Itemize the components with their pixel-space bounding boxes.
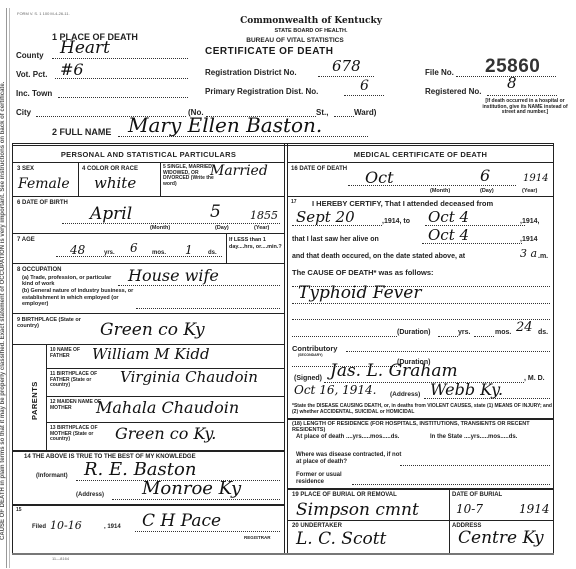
filed-number: 15	[16, 508, 22, 514]
father-name-value: William M Kidd	[92, 345, 210, 363]
duration-ds-caption: ds.	[538, 329, 548, 336]
dod-day-caption: (Day)	[480, 189, 494, 195]
date-of-death-year: 1914	[523, 173, 548, 184]
dob-month: April	[90, 204, 132, 224]
county-label: County	[16, 51, 44, 60]
left-edge-rule-inner	[9, 8, 10, 568]
rule	[46, 396, 284, 397]
marital-value: Married	[210, 163, 268, 179]
attended-to-value: Oct 4	[428, 208, 469, 226]
burial-place-value: Simpson cmnt	[296, 500, 419, 520]
mother-birthplace-value: Green co Ky.	[115, 424, 216, 443]
occupation-a-line	[118, 285, 280, 286]
occupation-b-line	[136, 308, 280, 309]
duration-mos-line	[474, 336, 494, 337]
rule	[288, 162, 553, 163]
primary-registration-value: 6	[360, 78, 369, 94]
rule	[288, 196, 553, 197]
rule	[12, 553, 554, 555]
informant-label: (Informant)	[36, 474, 68, 480]
duration-line	[292, 336, 397, 337]
primary-registration-label: Primary Registration Dist. No.	[205, 87, 318, 96]
board-title: STATE BOARD OF HEALTH.	[226, 28, 396, 34]
certify-number: 17	[291, 200, 297, 206]
rule	[288, 418, 553, 420]
mother-birthplace-label: 13 BIRTHPLACE OF MOTHER (State or countr…	[50, 426, 110, 443]
dob-label: 6 DATE OF BIRTH	[17, 200, 68, 206]
file-no-label: File No.	[425, 68, 454, 77]
rule	[12, 313, 284, 314]
dod-year-caption: (Year)	[522, 189, 537, 195]
occupation-a-label: (a) Trade, profession, or particular kin…	[22, 275, 117, 287]
contributory-line	[346, 351, 550, 352]
vot-pct-label: Vot. Pct.	[16, 70, 47, 79]
less-than-day-label: If LESS than 1 day....hrs, or....min.?	[229, 237, 284, 251]
bottom-code: 11—8164	[52, 556, 69, 561]
secondary-label: (SECONDARY)	[298, 353, 323, 359]
filed-date: 10-16	[50, 519, 82, 532]
sex-label: 3 SEX	[17, 166, 34, 172]
date-of-death-label: 16 DATE OF DEATH	[291, 166, 347, 172]
race-label: 4 COLOR OR RACE	[82, 166, 138, 172]
occupation-label: 8 OCCUPATION	[17, 267, 61, 273]
rule	[46, 422, 284, 423]
registered-no-line	[487, 95, 557, 96]
rule	[288, 520, 553, 521]
burial-date-year: 1914	[519, 502, 550, 516]
residence-label: (18) LENGTH OF RESIDENCE (FOR HOSPITALS,…	[292, 422, 552, 433]
rule	[78, 162, 79, 196]
rule	[12, 196, 284, 197]
certificate-title: CERTIFICATE OF DEATH	[205, 46, 334, 57]
parents-side-label: PARENTS	[30, 381, 39, 420]
father-birthplace-value: Virginia Chaudoin	[120, 368, 258, 386]
dob-day: 5	[210, 202, 221, 222]
full-name-value: Mary Ellen Baston.	[128, 113, 322, 137]
footnote: *State the DISEASE CAUSING DEATH, or, in…	[292, 403, 552, 415]
former-residence-line	[352, 484, 550, 485]
attended-from-year: ,1914, to	[382, 218, 410, 225]
commonwealth-title: Commonwealth of Kentucky	[226, 16, 396, 26]
registrar-line	[135, 531, 280, 532]
rule	[288, 488, 553, 490]
contracted-line	[400, 465, 550, 466]
duration-label: (Duration)	[397, 329, 430, 336]
signed-label: (Signed)	[294, 375, 322, 382]
informant-address-line	[112, 499, 280, 500]
date-of-death-day: 6	[480, 166, 490, 185]
registered-no-label: Registered No.	[425, 87, 481, 96]
registration-district-line	[318, 76, 374, 77]
primary-registration-line	[344, 95, 384, 96]
county-line	[52, 58, 188, 59]
ward-label: Ward)	[354, 108, 376, 117]
physician-signature: Jas. L. Graham	[330, 361, 458, 381]
burial-date-label: DATE OF BURIAL	[452, 492, 502, 498]
birthplace-value: Green co Ky	[100, 320, 205, 340]
at-place-label: At place of death ....yrs.....mos.....ds…	[296, 434, 426, 441]
mother-name-value: Mahala Chaudoin	[96, 398, 239, 417]
duration-days-value: 24	[516, 320, 533, 335]
registered-no-value: 8	[507, 74, 517, 92]
column-divider	[284, 143, 285, 553]
top-double-rule	[12, 143, 554, 146]
years-caption: yrs.	[104, 251, 115, 257]
informant-value: R. E. Baston	[84, 459, 196, 480]
duration-yrs-caption: yrs.	[458, 329, 470, 336]
contracted-label: Where was disease contracted, if not at …	[296, 452, 406, 466]
personal-heading: PERSONAL AND STATISTICAL PARTICULARS	[13, 150, 284, 159]
certify-statement: I HEREBY CERTIFY, That I attended deceas…	[312, 199, 493, 208]
birthplace-label: 9 BIRTHPLACE (State or country)	[17, 318, 87, 329]
physician-address-value: Webb Ky.	[430, 380, 503, 399]
undertaker-value: L. C. Scott	[296, 529, 386, 549]
duration-yrs-line	[438, 336, 458, 337]
year-caption: (Year)	[254, 226, 269, 232]
age-years: 48	[70, 243, 85, 257]
contributory-label: Contributory	[292, 344, 337, 353]
burial-date-value: 10-7	[456, 502, 483, 516]
duration-mos-caption: mos.	[495, 329, 511, 336]
hospital-note: [If death occurred in a hospital or inst…	[475, 99, 575, 116]
dod-month-caption: (Month)	[430, 189, 450, 195]
md-label: , M. D.	[524, 375, 545, 382]
cause-line-3	[292, 319, 550, 320]
attended-from-value: Sept 20	[296, 208, 355, 226]
rule	[449, 489, 450, 553]
ward-line	[334, 116, 354, 117]
last-saw-year: ,1914	[520, 236, 538, 243]
vot-pct-value: #6	[60, 60, 84, 79]
registrar-value: C H Pace	[142, 511, 221, 531]
undertaker-address-value: Centre Ky	[458, 528, 544, 548]
physician-address-label: (Address)	[390, 391, 420, 398]
age-label: 7 AGE	[17, 237, 35, 243]
inc-town-label: Inc. Town	[16, 89, 52, 98]
medical-heading: MEDICAL CERTIFICATE OF DEATH	[288, 150, 553, 159]
rule	[160, 162, 161, 196]
age-months: 6	[130, 241, 138, 255]
rule	[12, 450, 284, 452]
race-value: white	[94, 174, 136, 192]
informant-address-value: Monroe Ky	[142, 478, 241, 499]
occupation-value: House wife	[128, 266, 219, 285]
former-residence-label: Former or usual residence	[296, 472, 356, 486]
death-time-label: and that death occured, on the date stat…	[292, 253, 465, 260]
dob-year: 1855	[250, 209, 278, 222]
death-time-value: 3 a	[520, 247, 537, 260]
bureau-title: BUREAU OF VITAL STATISTICS	[210, 37, 380, 44]
registrar-label: REGISTRAR	[244, 535, 271, 541]
days-caption: ds.	[208, 251, 217, 257]
father-name-label: 10 NAME OF FATHER	[50, 348, 90, 359]
rule	[12, 263, 284, 264]
rule	[226, 233, 227, 263]
rule	[12, 504, 284, 506]
last-saw-value: Oct 4	[428, 226, 469, 244]
frame-right	[553, 143, 554, 553]
burial-place-label: 19 PLACE OF BURIAL OR REMOVAL	[292, 492, 397, 498]
marital-label: 5 SINGLE, MARRIED, WIDOWED, OR DIVORCED …	[163, 165, 215, 187]
rule	[12, 233, 284, 234]
day-caption: (Day)	[215, 226, 229, 232]
age-days: 1	[185, 243, 193, 257]
filed-label: Filed	[32, 525, 46, 531]
date-of-death-month: Oct	[365, 168, 394, 187]
cause-value: Typhoid Fever	[298, 283, 421, 303]
sex-value: Female	[18, 176, 70, 192]
filed-year: , 1914	[104, 525, 121, 531]
rule	[46, 344, 47, 450]
county-value: Heart	[60, 38, 110, 58]
informant-address-label: (Address)	[76, 493, 104, 499]
column-divider-2	[287, 143, 288, 553]
occupation-b-label: (b) General nature of industry business,…	[22, 288, 140, 308]
registration-district-label: Registration District No.	[205, 68, 297, 77]
last-saw-label: that I last saw her alive on	[292, 236, 379, 243]
registration-district-value: 678	[332, 57, 361, 75]
month-caption: (Month)	[150, 226, 170, 232]
in-state-label: In the State ....yrs.....mos.....ds.	[430, 434, 552, 441]
inc-town-line	[58, 97, 188, 98]
cause-label: The CAUSE OF DEATH* was as follows:	[292, 268, 434, 277]
left-edge-rule	[6, 8, 7, 568]
death-time-suffix: .m.	[538, 253, 548, 260]
months-caption: mos.	[152, 251, 166, 257]
attended-to-year: ,1914,	[520, 218, 539, 225]
margin-note: CAUSE OF DEATH in plain terms so that it…	[0, 300, 6, 540]
form-id: FORM V. S. 1 100 M-4-26-11.	[17, 11, 70, 16]
full-name-label: 2 FULL NAME	[52, 127, 111, 137]
cause-line-2	[292, 303, 550, 304]
signed-date: Oct 16, 1914.	[294, 383, 376, 397]
city-label: City	[16, 108, 31, 117]
frame-left	[12, 143, 13, 553]
father-birthplace-label: 11 BIRTHPLACE OF FATHER (State or countr…	[50, 372, 110, 389]
